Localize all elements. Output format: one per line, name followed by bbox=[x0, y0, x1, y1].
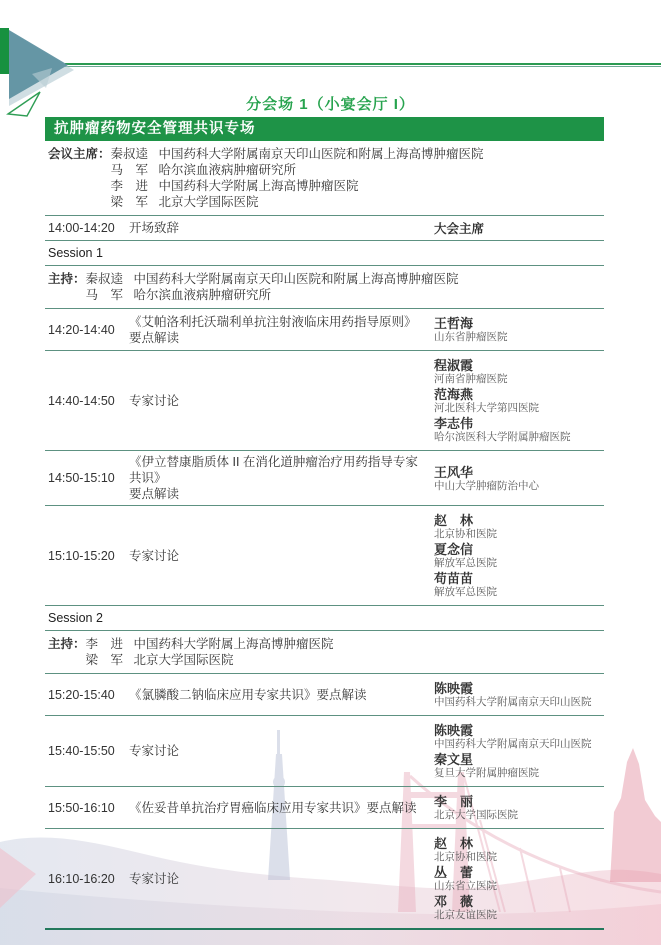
time-cell: 15:20-15:40 bbox=[45, 688, 129, 702]
topic-title: 《艾帕洛利托沃瑞利单抗注射液临床用药指导原则》 bbox=[129, 314, 430, 330]
speaker-org: 山东省立医院 bbox=[434, 880, 604, 892]
host-org: 中国药科大学附属上海高博肿瘤医院 bbox=[134, 636, 334, 652]
topic-cell: 专家讨论 bbox=[129, 871, 434, 887]
time-cell: 15:50-16:10 bbox=[45, 801, 129, 815]
agenda-row: 14:20-14:40 《艾帕洛利托沃瑞利单抗注射液临床用药指导原则》 要点解读… bbox=[45, 309, 604, 351]
chair-org: 中国药科大学附属上海高博肿瘤医院 bbox=[159, 178, 484, 194]
speaker-org: 哈尔滨医科大学附属肿瘤医院 bbox=[434, 431, 604, 443]
speaker-name: 夏念信 bbox=[434, 542, 604, 557]
chair-person: 梁 军 北京大学国际医院 bbox=[111, 194, 484, 210]
speakers-cell: 王哲海 山东省肿瘤医院 bbox=[434, 312, 604, 347]
host-person: 梁 军 北京大学国际医院 bbox=[86, 652, 334, 668]
speaker-name: 王哲海 bbox=[434, 316, 604, 331]
chair-name: 秦叔逵 bbox=[111, 146, 159, 162]
topic-subtitle: 要点解读 bbox=[129, 330, 430, 346]
chair-person: 秦叔逵 中国药科大学附属南京天印山医院和附属上海高博肿瘤医院 bbox=[111, 146, 484, 162]
topic-cell: 《氯膦酸二钠临床应用专家共识》要点解读 bbox=[129, 687, 434, 703]
speaker-name: 邓 薇 bbox=[434, 894, 604, 909]
time-cell: 14:20-14:40 bbox=[45, 323, 129, 337]
agenda-row: 15:40-15:50 专家讨论 陈映霞 中国药科大学附属南京天印山医院 秦文星… bbox=[45, 716, 604, 787]
host-org: 中国药科大学附属南京天印山医院和附属上海高博肿瘤医院 bbox=[134, 271, 459, 287]
chair-org: 北京大学国际医院 bbox=[159, 194, 484, 210]
agenda-row: 15:50-16:10 《佐妥昔单抗治疗胃癌临床应用专家共识》要点解读 李 丽 … bbox=[45, 787, 604, 829]
chair-name: 梁 军 bbox=[111, 194, 159, 210]
speaker-org: 北京大学国际医院 bbox=[434, 809, 604, 821]
host-person: 秦叔逵 中国药科大学附属南京天印山医院和附属上海高博肿瘤医院 bbox=[86, 271, 459, 287]
host-person: 马 军 哈尔滨血液病肿瘤研究所 bbox=[86, 287, 459, 303]
speaker-name: 苟苗苗 bbox=[434, 571, 604, 586]
speaker-name: 赵 林 bbox=[434, 513, 604, 528]
agenda-row: 15:10-15:20 专家讨论 赵 林 北京协和医院 夏念信 解放军总医院 苟… bbox=[45, 506, 604, 606]
castle-shape bbox=[610, 748, 661, 882]
chair-org: 中国药科大学附属南京天印山医院和附属上海高博肿瘤医院 bbox=[159, 146, 484, 162]
speaker-org: 中国药科大学附属南京天印山医院 bbox=[434, 696, 604, 708]
speaker-name: 范海燕 bbox=[434, 387, 604, 402]
topic-title: 《伊立替康脂质体 II 在消化道肿瘤治疗用药指导专家共识》 bbox=[129, 454, 430, 486]
speaker-name: 程淑霞 bbox=[434, 358, 604, 373]
host-name: 马 军 bbox=[86, 287, 134, 303]
topic-cell: 《艾帕洛利托沃瑞利单抗注射液临床用药指导原则》 要点解读 bbox=[129, 314, 434, 346]
topic-cell: 专家讨论 bbox=[129, 393, 434, 409]
speaker-name: 陈映霞 bbox=[434, 723, 604, 738]
speakers-cell: 赵 林 北京协和医院 丛 蕾 山东省立医院 邓 薇 北京友谊医院 bbox=[434, 832, 604, 925]
chair-person: 马 军 哈尔滨血液病肿瘤研究所 bbox=[111, 162, 484, 178]
program-page: 分会场 1（小宴会厅 I） 抗肿瘤药物安全管理共识专场 会议主席： 秦叔逵 中国… bbox=[0, 0, 661, 945]
time-cell: 14:40-14:50 bbox=[45, 394, 129, 408]
topic-cell: 开场致辞 bbox=[129, 220, 434, 236]
speaker-org: 北京协和医院 bbox=[434, 851, 604, 863]
topic-cell: 专家讨论 bbox=[129, 743, 434, 759]
topic-subtitle: 要点解读 bbox=[129, 486, 430, 502]
speaker-name: 李志伟 bbox=[434, 416, 604, 431]
speaker-name: 王风华 bbox=[434, 465, 604, 480]
speaker-org: 山东省肿瘤医院 bbox=[434, 331, 604, 343]
speaker-name: 李 丽 bbox=[434, 794, 604, 809]
agenda-row: 16:10-16:20 专家讨论 赵 林 北京协和医院 丛 蕾 山东省立医院 邓… bbox=[45, 829, 604, 930]
chairs-people: 秦叔逵 中国药科大学附属南京天印山医院和附属上海高博肿瘤医院 马 军 哈尔滨血液… bbox=[111, 146, 484, 210]
speaker-org: 中国药科大学附属南京天印山医院 bbox=[434, 738, 604, 750]
session2-header: Session 2 bbox=[45, 606, 604, 631]
chair-org: 哈尔滨血液病肿瘤研究所 bbox=[159, 162, 484, 178]
topic-cell: 《佐妥昔单抗治疗胃癌临床应用专家共识》要点解读 bbox=[129, 800, 434, 816]
speaker-org: 河北医科大学第四医院 bbox=[434, 402, 604, 414]
session1-hosts-row: 主持： 秦叔逵 中国药科大学附属南京天印山医院和附属上海高博肿瘤医院 马 军 哈… bbox=[45, 266, 604, 309]
speaker-name: 丛 蕾 bbox=[434, 865, 604, 880]
host-org: 哈尔滨血液病肿瘤研究所 bbox=[134, 287, 459, 303]
hosts-label: 主持： bbox=[48, 271, 86, 287]
header-divider-line bbox=[65, 63, 661, 67]
topic-cell: 《伊立替康脂质体 II 在消化道肿瘤治疗用药指导专家共识》 要点解读 bbox=[129, 454, 434, 502]
agenda-table: 会议主席： 秦叔逵 中国药科大学附属南京天印山医院和附属上海高博肿瘤医院 马 军… bbox=[45, 141, 604, 930]
agenda-row: 15:20-15:40 《氯膦酸二钠临床应用专家共识》要点解读 陈映霞 中国药科… bbox=[45, 674, 604, 716]
corner-decoration bbox=[0, 0, 130, 125]
chair-name: 马 军 bbox=[111, 162, 159, 178]
host-name: 秦叔逵 bbox=[86, 271, 134, 287]
hosts-people: 秦叔逵 中国药科大学附属南京天印山医院和附属上海高博肿瘤医院 马 军 哈尔滨血液… bbox=[86, 271, 459, 303]
chair-name: 李 进 bbox=[111, 178, 159, 194]
session1-header: Session 1 bbox=[45, 241, 604, 266]
speaker-org: 河南省肿瘤医院 bbox=[434, 373, 604, 385]
speaker-org: 北京友谊医院 bbox=[434, 909, 604, 921]
chair-person: 李 进 中国药科大学附属上海高博肿瘤医院 bbox=[111, 178, 484, 194]
speaker-name: 陈映霞 bbox=[434, 681, 604, 696]
speaker-cell: 大会主席 bbox=[434, 219, 604, 237]
host-person: 李 进 中国药科大学附属上海高博肿瘤医院 bbox=[86, 636, 334, 652]
speaker-org: 北京协和医院 bbox=[434, 528, 604, 540]
speakers-cell: 程淑霞 河南省肿瘤医院 范海燕 河北医科大学第四医院 李志伟 哈尔滨医科大学附属… bbox=[434, 354, 604, 447]
agenda-row-opening: 14:00-14:20 开场致辞 大会主席 bbox=[45, 216, 604, 241]
time-cell: 15:10-15:20 bbox=[45, 549, 129, 563]
time-cell: 15:40-15:50 bbox=[45, 744, 129, 758]
chairs-row: 会议主席： 秦叔逵 中国药科大学附属南京天印山医院和附属上海高博肿瘤医院 马 军… bbox=[45, 141, 604, 216]
hosts-people: 李 进 中国药科大学附属上海高博肿瘤医院 梁 军 北京大学国际医院 bbox=[86, 636, 334, 668]
hosts-label: 主持： bbox=[48, 636, 86, 652]
topic-cell: 专家讨论 bbox=[129, 548, 434, 564]
speaker-org: 复旦大学附属肿瘤医院 bbox=[434, 767, 604, 779]
speaker-org: 解放军总医院 bbox=[434, 557, 604, 569]
speakers-cell: 赵 林 北京协和医院 夏念信 解放军总医院 苟苗苗 解放军总医院 bbox=[434, 509, 604, 602]
green-bar-shape bbox=[0, 28, 9, 74]
speakers-cell: 王风华 中山大学肿瘤防治中心 bbox=[434, 461, 604, 496]
host-name: 李 进 bbox=[86, 636, 134, 652]
agenda-row: 14:40-14:50 专家讨论 程淑霞 河南省肿瘤医院 范海燕 河北医科大学第… bbox=[45, 351, 604, 451]
agenda-row: 14:50-15:10 《伊立替康脂质体 II 在消化道肿瘤治疗用药指导专家共识… bbox=[45, 451, 604, 506]
host-name: 梁 军 bbox=[86, 652, 134, 668]
speakers-cell: 陈映霞 中国药科大学附属南京天印山医院 秦文星 复旦大学附属肿瘤医院 bbox=[434, 719, 604, 783]
speaker-org: 中山大学肿瘤防治中心 bbox=[434, 480, 604, 492]
time-cell: 16:10-16:20 bbox=[45, 872, 129, 886]
speaker-name: 秦文星 bbox=[434, 752, 604, 767]
time-cell: 14:00-14:20 bbox=[45, 221, 129, 235]
session2-hosts-row: 主持： 李 进 中国药科大学附属上海高博肿瘤医院 梁 军 北京大学国际医院 bbox=[45, 631, 604, 674]
speaker-org: 解放军总医院 bbox=[434, 586, 604, 598]
host-org: 北京大学国际医院 bbox=[134, 652, 334, 668]
speakers-cell: 李 丽 北京大学国际医院 bbox=[434, 790, 604, 825]
time-cell: 14:50-15:10 bbox=[45, 471, 129, 485]
speaker-name: 赵 林 bbox=[434, 836, 604, 851]
speakers-cell: 陈映霞 中国药科大学附属南京天印山医院 bbox=[434, 677, 604, 712]
chairs-label: 会议主席： bbox=[48, 146, 111, 162]
